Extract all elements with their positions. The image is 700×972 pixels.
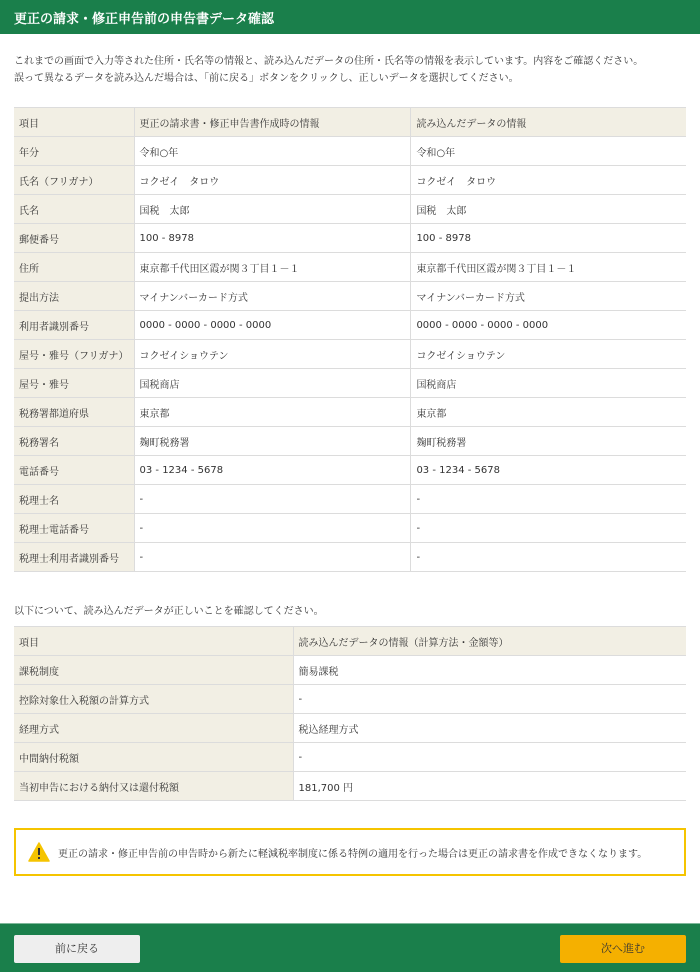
table-row: 税理士名 - -: [14, 485, 686, 514]
row-label: 税務署都道府県: [14, 398, 134, 427]
row-value: 税込経理方式: [293, 714, 686, 743]
table-row: 経理方式 税込経理方式: [14, 714, 686, 743]
row-loaded-value: -: [411, 514, 686, 543]
row-label: 郵便番号: [14, 224, 134, 253]
row-value: 181,700 円: [293, 772, 686, 801]
row-label: 税理士電話番号: [14, 514, 134, 543]
table-row: 当初申告における納付又は還付税額 181,700 円: [14, 772, 686, 801]
warning-triangle-icon: [28, 842, 50, 862]
row-current-value: -: [134, 514, 411, 543]
header-loaded-info: 読み込んだデータの情報: [411, 108, 686, 137]
next-button[interactable]: 次へ進む: [560, 935, 686, 963]
row-loaded-value: -: [411, 543, 686, 572]
row-current-value: -: [134, 485, 411, 514]
table-row: 利用者識別番号 0000 - 0000 - 0000 - 0000 0000 -…: [14, 311, 686, 340]
row-value: -: [293, 743, 686, 772]
page-title: 更正の請求・修正申告前の申告書データ確認: [14, 8, 274, 27]
row-current-value: -: [134, 543, 411, 572]
row-loaded-value: 令和○年: [411, 137, 686, 166]
row-loaded-value: 東京都千代田区霞が関３丁目１－１: [411, 253, 686, 282]
row-loaded-value: 100 - 8978: [411, 224, 686, 253]
page-header: 更正の請求・修正申告前の申告書データ確認: [0, 0, 700, 34]
row-current-value: 令和○年: [134, 137, 411, 166]
header-current-info: 更正の請求書・修正申告書作成時の情報: [134, 108, 411, 137]
row-loaded-value: 東京都: [411, 398, 686, 427]
comparison-table: 項目 更正の請求書・修正申告書作成時の情報 読み込んだデータの情報 年分 令和○…: [14, 107, 686, 572]
intro-text: これまでの画面で入力等された住所・氏名等の情報と、読み込んだデータの住所・氏名等…: [14, 53, 690, 87]
row-label: 中間納付税額: [14, 743, 293, 772]
table-row: 提出方法 マイナンバーカード方式 マイナンバーカード方式: [14, 282, 686, 311]
table-header-row: 項目 読み込んだデータの情報（計算方法・金額等）: [14, 627, 686, 656]
row-loaded-value: コクゼイショウテン: [411, 340, 686, 369]
header-loaded-info: 読み込んだデータの情報（計算方法・金額等）: [293, 627, 686, 656]
row-loaded-value: 03 - 1234 - 5678: [411, 456, 686, 485]
table-row: 住所 東京都千代田区霞が関３丁目１－１ 東京都千代田区霞が関３丁目１－１: [14, 253, 686, 282]
row-loaded-value: -: [411, 485, 686, 514]
row-current-value: 03 - 1234 - 5678: [134, 456, 411, 485]
row-label: 課税制度: [14, 656, 293, 685]
table-row: 屋号・雅号（フリガナ） コクゼイショウテン コクゼイショウテン: [14, 340, 686, 369]
footer-bar: 前に戻る 次へ進む: [0, 923, 700, 972]
row-current-value: 東京都: [134, 398, 411, 427]
row-label: 氏名: [14, 195, 134, 224]
row-label: 控除対象仕入税額の計算方式: [14, 685, 293, 714]
back-button[interactable]: 前に戻る: [14, 935, 140, 963]
row-label: 年分: [14, 137, 134, 166]
warning-message: 更正の請求・修正申告前の申告時から新たに軽減税率制度に係る特例の適用を行った場合…: [58, 845, 647, 860]
row-label: 税理士利用者識別番号: [14, 543, 134, 572]
row-label: 経理方式: [14, 714, 293, 743]
row-loaded-value: 国税 太郎: [411, 195, 686, 224]
row-current-value: 麹町税務署: [134, 427, 411, 456]
table-row: 電話番号 03 - 1234 - 5678 03 - 1234 - 5678: [14, 456, 686, 485]
row-current-value: 100 - 8978: [134, 224, 411, 253]
table-row: 控除対象仕入税額の計算方式 -: [14, 685, 686, 714]
row-current-value: 国税商店: [134, 369, 411, 398]
table-row: 年分 令和○年 令和○年: [14, 137, 686, 166]
warning-box: 更正の請求・修正申告前の申告時から新たに軽減税率制度に係る特例の適用を行った場合…: [14, 828, 686, 876]
table-row: 中間納付税額 -: [14, 743, 686, 772]
intro-line-2: 誤って異なるデータを読み込んだ場合は、「前に戻る」ボタンをクリックし、正しいデー…: [14, 70, 690, 87]
row-label: 利用者識別番号: [14, 311, 134, 340]
table-header-row: 項目 更正の請求書・修正申告書作成時の情報 読み込んだデータの情報: [14, 108, 686, 137]
row-loaded-value: コクゼイ タロウ: [411, 166, 686, 195]
row-label: 住所: [14, 253, 134, 282]
table-row: 氏名（フリガナ） コクゼイ タロウ コクゼイ タロウ: [14, 166, 686, 195]
row-label: 当初申告における納付又は還付税額: [14, 772, 293, 801]
row-current-value: 東京都千代田区霞が関３丁目１－１: [134, 253, 411, 282]
intro-line-1: これまでの画面で入力等された住所・氏名等の情報と、読み込んだデータの住所・氏名等…: [14, 53, 690, 70]
row-current-value: コクゼイショウテン: [134, 340, 411, 369]
row-loaded-value: 国税商店: [411, 369, 686, 398]
row-value: -: [293, 685, 686, 714]
table-row: 郵便番号 100 - 8978 100 - 8978: [14, 224, 686, 253]
row-current-value: マイナンバーカード方式: [134, 282, 411, 311]
row-value: 簡易課税: [293, 656, 686, 685]
row-label: 屋号・雅号: [14, 369, 134, 398]
row-label: 提出方法: [14, 282, 134, 311]
confirm-instruction: 以下について、読み込んだデータが正しいことを確認してください。: [14, 602, 324, 617]
table-row: 税理士利用者識別番号 - -: [14, 543, 686, 572]
row-loaded-value: マイナンバーカード方式: [411, 282, 686, 311]
row-current-value: 国税 太郎: [134, 195, 411, 224]
row-label: 税務署名: [14, 427, 134, 456]
table-row: 屋号・雅号 国税商店 国税商店: [14, 369, 686, 398]
header-item: 項目: [14, 108, 134, 137]
table-row: 課税制度 簡易課税: [14, 656, 686, 685]
row-label: 電話番号: [14, 456, 134, 485]
row-loaded-value: 0000 - 0000 - 0000 - 0000: [411, 311, 686, 340]
table-row: 税務署都道府県 東京都 東京都: [14, 398, 686, 427]
header-item: 項目: [14, 627, 293, 656]
row-current-value: コクゼイ タロウ: [134, 166, 411, 195]
row-label: 屋号・雅号（フリガナ）: [14, 340, 134, 369]
table-row: 氏名 国税 太郎 国税 太郎: [14, 195, 686, 224]
row-current-value: 0000 - 0000 - 0000 - 0000: [134, 311, 411, 340]
calculation-table: 項目 読み込んだデータの情報（計算方法・金額等） 課税制度 簡易課税 控除対象仕…: [14, 626, 686, 801]
row-label: 氏名（フリガナ）: [14, 166, 134, 195]
table-row: 税理士電話番号 - -: [14, 514, 686, 543]
row-loaded-value: 麹町税務署: [411, 427, 686, 456]
table-row: 税務署名 麹町税務署 麹町税務署: [14, 427, 686, 456]
row-label: 税理士名: [14, 485, 134, 514]
